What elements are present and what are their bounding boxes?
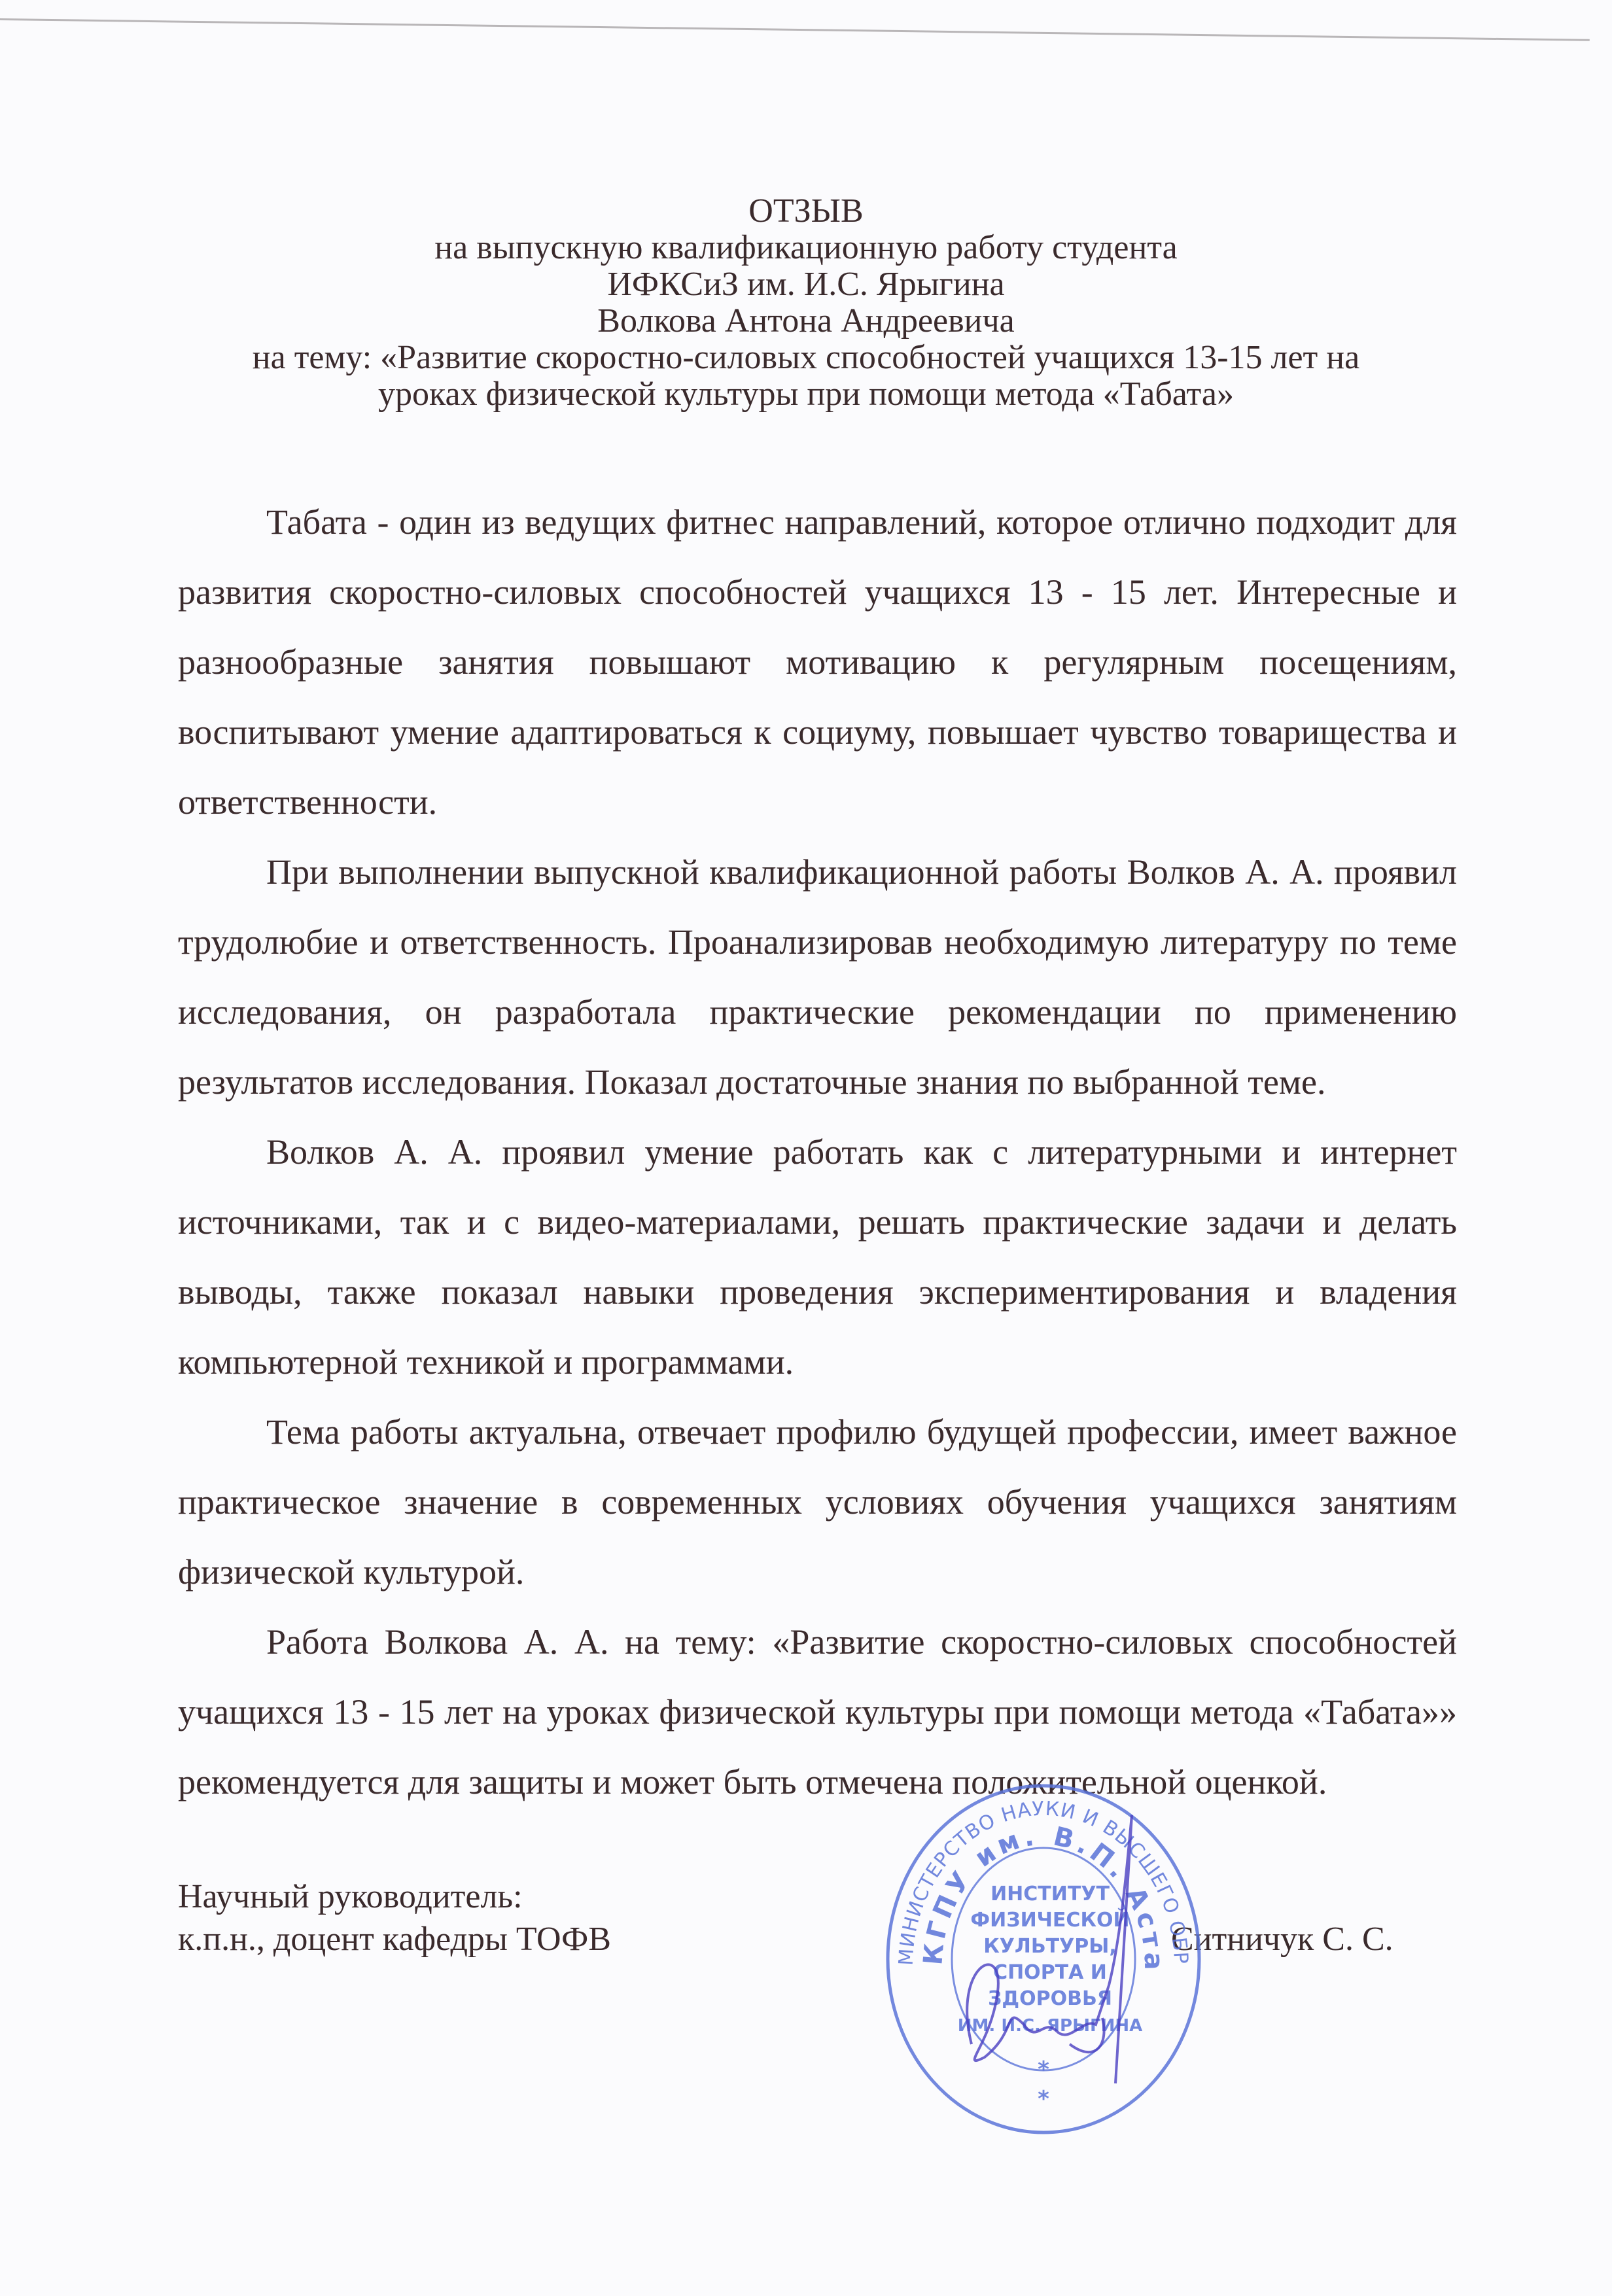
document-header: ОТЗЫВ на выпускную квалификационную рабо… bbox=[0, 193, 1612, 413]
supervisor-role: Научный руководитель: bbox=[178, 1877, 523, 1917]
paragraph: Работа Волкова А. А. на тему: «Развитие … bbox=[178, 1607, 1457, 1817]
paragraph: Тема работы актуальна, отвечает профилю … bbox=[178, 1397, 1457, 1607]
header-line: уроках физической культуры при помощи ме… bbox=[0, 376, 1612, 413]
document-body: Табата - один из ведущих фитнес направле… bbox=[178, 487, 1457, 1817]
header-line: на тему: «Развитие скоростно-силовых спо… bbox=[0, 339, 1612, 376]
supervisor-position: к.п.н., доцент кафедры ТОФВ bbox=[178, 1920, 611, 1959]
document-page: ОТЗЫВ на выпускную квалификационную рабо… bbox=[0, 0, 1612, 2296]
svg-text:СПОРТА И: СПОРТА И bbox=[993, 1961, 1107, 1984]
svg-text:ФИЗИЧЕСКОЙ: ФИЗИЧЕСКОЙ bbox=[970, 1908, 1129, 1932]
svg-text:ЗДОРОВЬЯ: ЗДОРОВЬЯ bbox=[988, 1987, 1112, 2010]
paragraph: Волков А. А. проявил умение работать как… bbox=[178, 1117, 1457, 1397]
paragraph: Табата - один из ведущих фитнес направле… bbox=[178, 487, 1457, 837]
svg-text:*: * bbox=[1038, 2086, 1049, 2112]
paragraph: При выполнении выпускной квалификационно… bbox=[178, 837, 1457, 1117]
svg-text:*: * bbox=[1038, 2057, 1049, 2083]
header-line: на выпускную квалификационную работу сту… bbox=[0, 230, 1612, 266]
header-line: ИФКСиЗ им. И.С. Ярыгина bbox=[0, 266, 1612, 303]
official-stamp-icon: МИНИСТЕРСТВО НАУКИ И ВЫСШЕГО ОБРАЗОВАНИЯ… bbox=[873, 1769, 1214, 2136]
header-line: Волкова Антона Андреевича bbox=[0, 303, 1612, 339]
scan-edge-line bbox=[0, 18, 1590, 41]
svg-text:ИНСТИТУТ: ИНСТИТУТ bbox=[990, 1883, 1110, 1905]
svg-text:КУЛЬТУРЫ,: КУЛЬТУРЫ, bbox=[983, 1935, 1117, 1958]
document-title: ОТЗЫВ bbox=[0, 193, 1612, 230]
